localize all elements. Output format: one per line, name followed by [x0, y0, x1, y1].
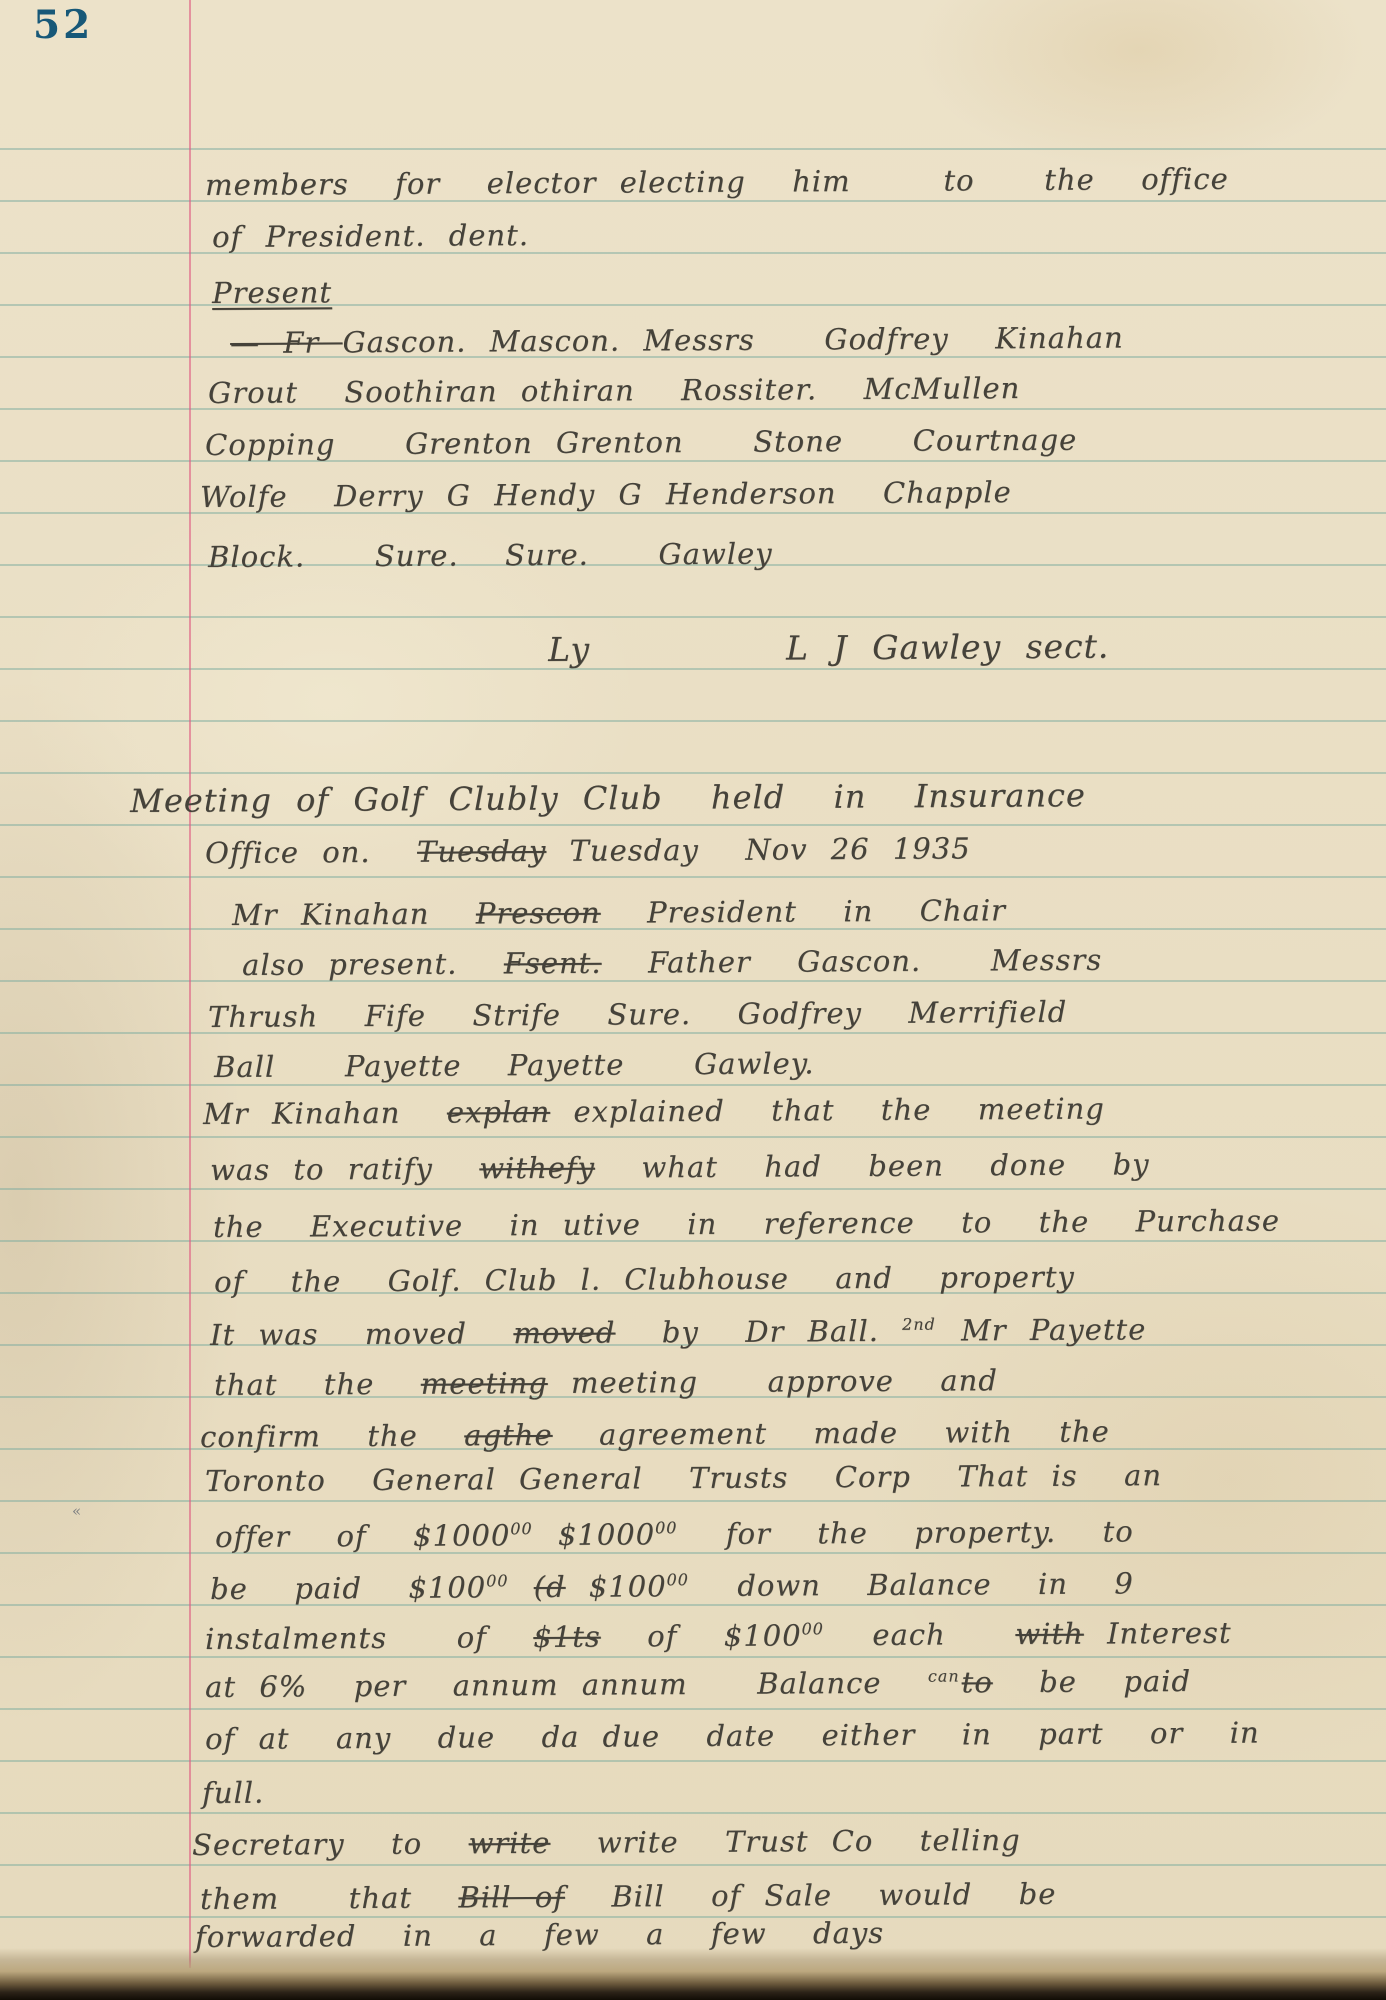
handwritten-line: It was moved moved by Dr Ball. 2nd Mr Pa…: [210, 1312, 1146, 1352]
handwritten-line: — Fr Gascon. Mascon. Messrs Godfrey Kina…: [230, 321, 1124, 360]
handwritten-line: Wolfe Derry G Hendy G Henderson Chapple: [200, 475, 1012, 514]
handwritten-line: of at any due da due date either in part…: [205, 1716, 1260, 1756]
page-number: 52: [33, 2, 93, 48]
ledger-page: 52 « members for elector electing him to…: [0, 0, 1386, 2000]
handwritten-line: Mr Kinahan Prescon President in Chair: [232, 893, 1006, 932]
handwritten-line: also present. Fsent. Father Gascon. Mess…: [242, 943, 1102, 982]
page-bottom-edge: [0, 1948, 1386, 2000]
handwritten-line: Block. Sure. Sure. Gawley: [208, 537, 773, 574]
handwritten-line: be paid $10000 (d $10000 down Balance in…: [210, 1566, 1134, 1606]
handwritten-line: at 6% per annum annum Balance canto be p…: [205, 1664, 1191, 1704]
margin-mark: «: [72, 1502, 81, 1520]
handwritten-line: of President. dent.: [212, 218, 529, 254]
handwritten-line: members for elector electing him to the …: [205, 162, 1229, 202]
handwritten-line: Ball Payette Payette Gawley.: [214, 1046, 815, 1084]
handwritten-line: instalments of $1ts of $10000 each with …: [205, 1616, 1232, 1656]
handwritten-line: the Executive in utive in reference to t…: [213, 1203, 1280, 1244]
handwritten-line: Present: [212, 275, 332, 310]
handwritten-line: Thrush Fife Strife Sure. Godfrey Merrifi…: [208, 995, 1067, 1034]
handwritten-line: full.: [202, 1776, 264, 1810]
handwritten-line: of the Golf. Club l. Clubhouse and prope…: [214, 1260, 1075, 1299]
handwritten-line: them that Bill of Bill of Sale would be: [200, 1877, 1057, 1916]
margin-line: [189, 0, 191, 1968]
handwritten-line: Office on. Tuesday Tuesday Nov 26 1935: [205, 831, 971, 870]
handwritten-line: confirm the agthe agreement made with th…: [200, 1414, 1110, 1454]
handwritten-line: Ly L J Gawley sect.: [548, 627, 1109, 669]
handwritten-line: Meeting of Golf Clubly Club held in Insu…: [130, 776, 1086, 820]
handwritten-line: was to ratify withefy what had been done…: [210, 1147, 1150, 1187]
handwritten-line: Toronto General General Trusts Corp That…: [205, 1458, 1162, 1498]
handwritten-line: Copping Grenton Grenton Stone Courtnage: [205, 423, 1077, 462]
handwritten-line: that the meeting meeting approve and: [214, 1363, 998, 1402]
handwritten-line: Mr Kinahan explan explained that the mee…: [203, 1091, 1105, 1131]
handwritten-line: Secretary to write write Trust Co tellin…: [192, 1823, 1021, 1862]
handwritten-line: offer of $100000 $100000 for the propert…: [215, 1514, 1134, 1554]
handwritten-line: Grout Soothiran othiran Rossiter. McMull…: [208, 371, 1020, 410]
